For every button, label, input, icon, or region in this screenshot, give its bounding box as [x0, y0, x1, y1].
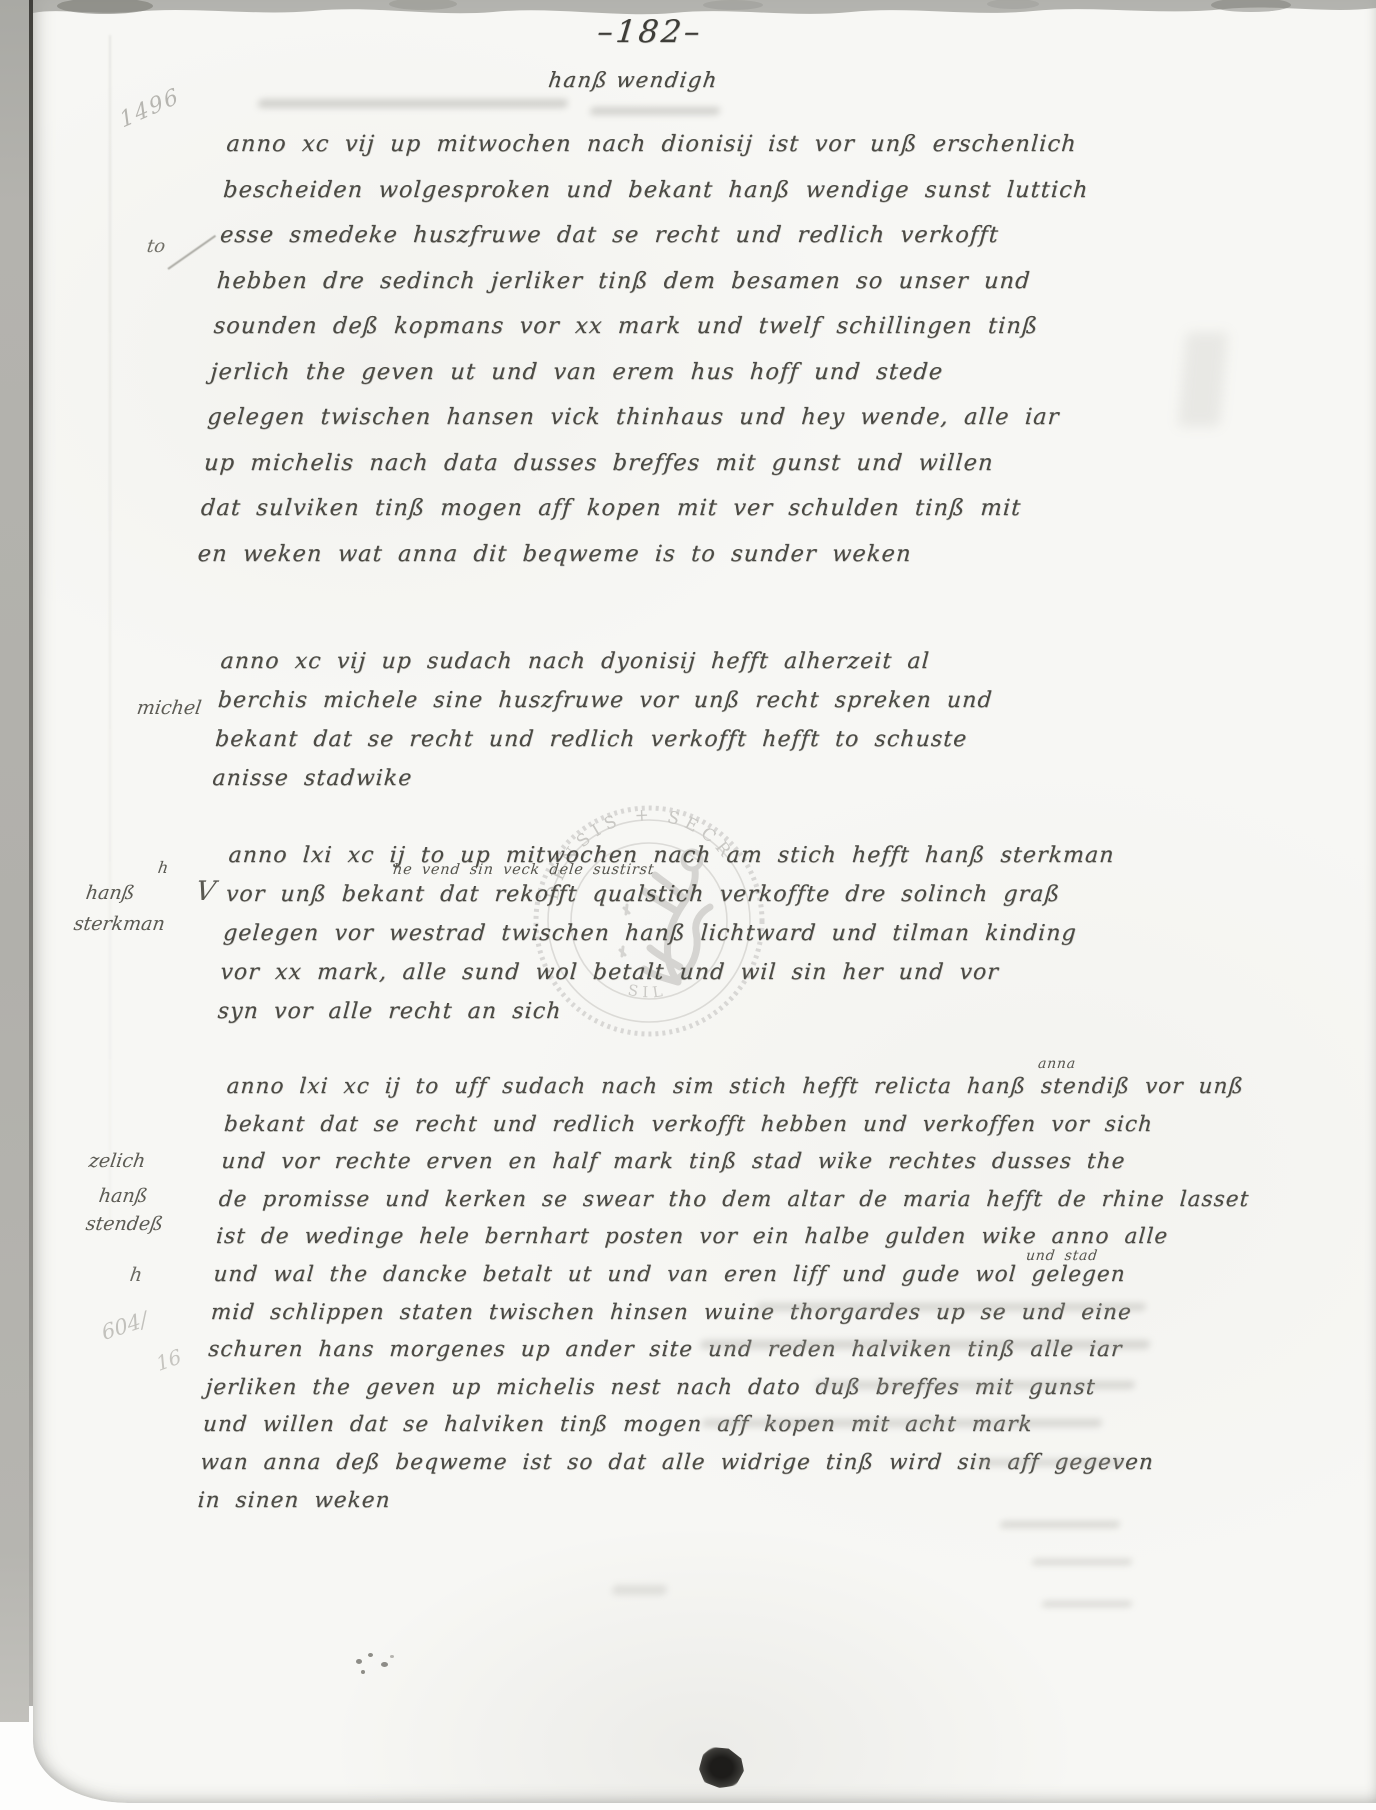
ink-offset-smudge	[258, 99, 569, 108]
manuscript-line: bekant dat se recht und redlich verkofft…	[214, 720, 1157, 759]
manuscript-line: anno lxi xc ij to up mitwochen nach am s…	[227, 836, 1170, 875]
entry-paragraph-2: anno xc vij up sudach nach dyonisij heff…	[211, 642, 1162, 798]
manuscript-line: bekant dat se recht und redlich verkofft…	[223, 1106, 1186, 1144]
manuscript-line: anisse stadwike	[211, 759, 1154, 798]
showthrough-smudge	[1000, 1521, 1121, 1528]
manuscript-line: schuren hans morgenes up ander site und …	[207, 1331, 1170, 1369]
entry-paragraph-4: anno lxi xc ij to uff sudach nach sim st…	[196, 1068, 1188, 1519]
showthrough-smudge	[612, 1585, 668, 1595]
manuscript-line: de promisse und kerken se swear tho dem …	[217, 1181, 1180, 1219]
book-gutter-strip	[0, 0, 29, 1722]
manuscript-line: jerlich the geven ut und van erem hus ho…	[209, 350, 1172, 396]
ink-offset-smudge	[590, 107, 721, 115]
margin-note-stendes: zelich	[87, 1150, 146, 1172]
showthrough-smudge	[700, 1340, 1151, 1349]
ink-speck	[368, 1653, 373, 1657]
manuscript-line: up michelis nach data dusses breffes mit…	[203, 441, 1166, 487]
showthrough-smudge	[1032, 1559, 1133, 1565]
interlinear-insertion: anna	[1037, 1056, 1077, 1072]
margin-note-stendes: hanß	[97, 1185, 149, 1207]
interlinear-insertion: und stad	[1025, 1248, 1099, 1264]
margin-note-stendes: stendeß	[84, 1213, 164, 1235]
margin-note-sterkman: sterkman	[72, 913, 166, 935]
margin-note-to: to	[146, 236, 167, 257]
entry-paragraph-1: anno xc vij up mitwochen nach dionisij i…	[196, 122, 1188, 577]
ink-speck	[361, 1670, 365, 1674]
manuscript-line: und vor rechte erven en half mark tinß s…	[220, 1143, 1183, 1181]
manuscript-line: vor xx mark, alle sund wol betalt und wi…	[219, 953, 1162, 992]
manuscript-line: gelegen vor westrad twischen hanß lichtw…	[222, 914, 1165, 953]
manuscript-line: esse smedeke huszfruwe dat se recht und …	[218, 213, 1181, 259]
manuscript-line: sounden deß kopmans vor xx mark und twel…	[212, 304, 1175, 350]
manuscript-line: dat sulviken tinß mogen aff kopen mit ve…	[199, 486, 1162, 532]
ink-speck	[356, 1659, 362, 1664]
manuscript-line: en weken wat anna dit beqweme is to sund…	[196, 532, 1159, 578]
manuscript-line: anno lxi xc ij to uff sudach nach sim st…	[225, 1068, 1188, 1106]
manuscript-line: bescheiden wolgesproken und bekant hanß …	[222, 168, 1185, 214]
entry-paragraph-3: anno lxi xc ij to up mitwochen nach am s…	[216, 836, 1170, 1031]
manuscript-line: mid schlippen staten twischen hinsen wui…	[210, 1294, 1173, 1332]
showthrough-smudge	[1178, 332, 1228, 427]
showthrough-smudge	[815, 1381, 1136, 1389]
manuscript-line: anno xc vij up mitwochen nach dionisij i…	[225, 122, 1188, 168]
showthrough-smudge	[1042, 1601, 1133, 1607]
showthrough-smudge	[702, 1419, 1103, 1427]
showthrough-smudge	[756, 1303, 1147, 1311]
manuscript-line: gelegen twischen hansen vick thinhaus un…	[206, 395, 1169, 441]
manuscript-line: in sinen weken	[196, 1482, 1159, 1520]
manuscript-line: vor unß bekant dat rekofft qualstich ver…	[225, 875, 1168, 914]
manuscript-line: anno xc vij up sudach nach dyonisij heff…	[219, 642, 1162, 681]
ink-speck	[381, 1662, 388, 1667]
manuscript-line: berchis michele sine huszfruwe vor unß r…	[217, 681, 1160, 720]
margin-mark: V	[194, 876, 218, 907]
manuscript-line: syn vor alle recht an sich	[216, 992, 1159, 1031]
manuscript-line: hebben dre sedinch jerliker tinß dem bes…	[215, 259, 1178, 305]
showthrough-smudge	[975, 1459, 1126, 1466]
entry-heading: hanß wendigh	[512, 68, 755, 92]
page-number: –182–	[538, 14, 762, 50]
margin-note-michel: michel	[135, 697, 202, 719]
paper-crease-line	[109, 35, 111, 1225]
interlinear-insertion: he vend sin veck dele sustirst	[392, 862, 655, 878]
manuscript-scan: –182– hanß wendigh DENSIS + SECR SIL	[0, 0, 1376, 1810]
margin-note-sterkman: hanß	[84, 882, 136, 904]
ink-speck	[390, 1655, 394, 1658]
